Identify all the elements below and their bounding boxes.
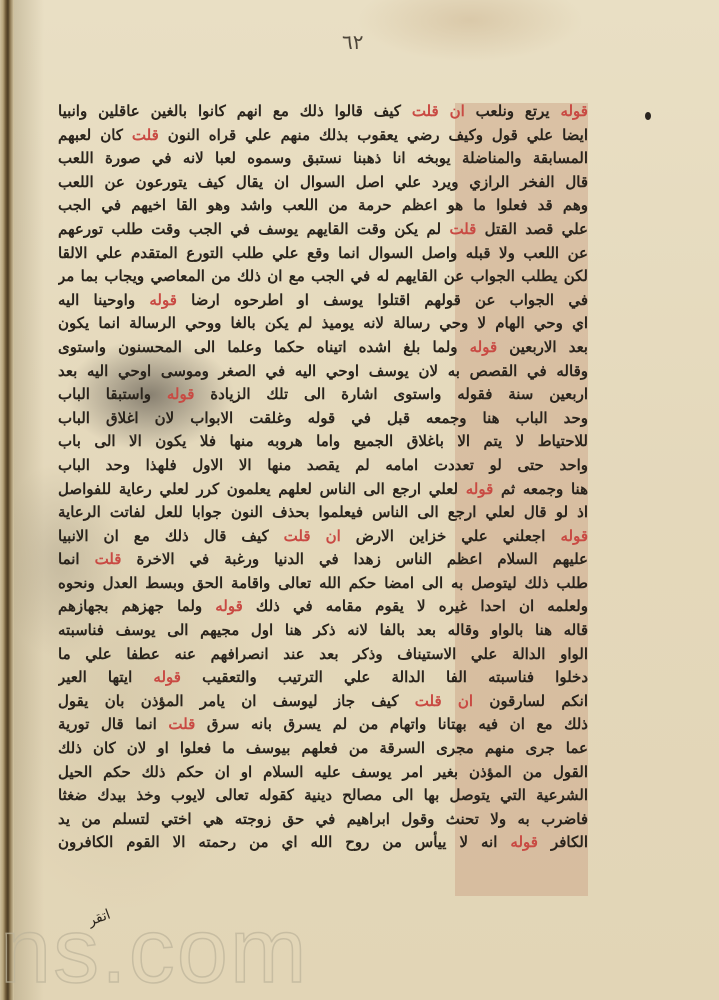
text-segment: كيف قالوا ذلك مع انهم كانوا بالغين عاقلي… xyxy=(58,102,412,120)
text-segment: لعلي ارجع الى الناس لعلهم يعلمون كرر لعل… xyxy=(58,480,466,498)
text-segment: اذ لو قال لعلي ارجع الى الناس فيعلموا بح… xyxy=(58,503,588,521)
text-segment: وحد الباب هنا وجمعه قبل في قوله وغلقت ال… xyxy=(58,409,588,427)
text-line: قوله يرتع ونلعب ان قلت كيف قالوا ذلك مع … xyxy=(58,100,588,124)
text-segment: عليهم السلام اعظم الناس زهدا في الدنيا و… xyxy=(121,550,588,568)
rubric-keyword: قوله xyxy=(510,833,538,851)
text-line: واحد حتى لو تعددت امامه لم يقصد منها الا… xyxy=(58,454,588,478)
rubric-keyword: قوله xyxy=(560,102,588,120)
text-line: الشرعية التي يتوصل بها الى مصالح دينية ك… xyxy=(58,784,588,808)
rubric-keyword: قوله xyxy=(149,291,177,309)
text-segment: عن اللعب ولا قبله واصل السوال انما وقع ع… xyxy=(58,244,588,262)
edge-stain xyxy=(14,0,44,1000)
text-segment: الواو الدالة علي الاستيناف وذكر بعد عند … xyxy=(58,645,588,663)
rubric-keyword: قلت xyxy=(449,220,476,238)
text-segment: ذلك مع ان فيه بهتانا واتهام من لم يسرق ب… xyxy=(195,715,588,733)
text-segment: انه لا ييأس من روح الله اي من رحمته الا … xyxy=(58,833,510,851)
text-line: الواو الدالة علي الاستيناف وذكر بعد عند … xyxy=(58,643,588,667)
text-line: اربعين سنة فقوله واستوى اشارة الى تلك ال… xyxy=(58,383,588,407)
rubric-keyword: قلت xyxy=(95,550,122,568)
text-line: الكافر قوله انه لا ييأس من روح الله اي م… xyxy=(58,831,588,855)
rubric-keyword: قوله xyxy=(215,597,243,615)
text-line: فاضرب به ولا تحنث وقول ابراهيم في حق زوج… xyxy=(58,808,588,832)
rubric-keyword: قوله xyxy=(153,668,181,686)
text-segment: لم يكن وقت القايهم يوسف في الجب وقت طلب … xyxy=(58,220,449,238)
text-line: هنا وجمعه ثم قوله لعلي ارجع الى الناس لع… xyxy=(58,478,588,502)
text-segment: كيف جاز ليوسف ان يامر المؤذن بان يقول xyxy=(58,692,415,710)
text-segment: كيف قال ذلك مع ان الانبيا xyxy=(58,527,284,545)
text-line: عما جرى منهم مجرى السرقة من فعلهم بيوسف … xyxy=(58,737,588,761)
text-line: اي وحي الهام لا وحي رسالة لانه يوميذ لم … xyxy=(58,312,588,336)
text-line: قاله هنا بالواو وقاله بعد بالفا لانه ذكر… xyxy=(58,619,588,643)
text-segment: يرتع ونلعب xyxy=(465,102,561,120)
text-segment: للاحتياط لا يتم الا باغلاق الجميع واما ه… xyxy=(58,432,588,450)
text-segment: قاله هنا بالواو وقاله بعد بالفا لانه ذكر… xyxy=(58,621,588,639)
text-segment: المسابقة والمناضلة يوبخه انا ذهبنا نستبق… xyxy=(58,149,588,167)
text-line: ولعلمه ان احدا غيره لا يقوم مقامه في ذلك… xyxy=(58,595,588,619)
text-line: وحد الباب هنا وجمعه قبل في قوله وغلقت ال… xyxy=(58,407,588,431)
rubric-keyword: ان قلت xyxy=(412,102,465,120)
text-segment: هنا وجمعه ثم xyxy=(493,480,588,498)
watermark: ns.com xyxy=(0,905,309,997)
text-line: قال الفخر الرازي ويرد علي اصل السوال ان … xyxy=(58,171,588,195)
text-segment: ولعلمه ان احدا غيره لا يقوم مقامه في ذلك xyxy=(243,597,588,615)
text-line: طلب ذلك ليتوصل به الى امضا حكم الله تعال… xyxy=(58,572,588,596)
text-segment: واوحينا اليه xyxy=(58,291,149,309)
text-segment: واحد حتى لو تعددت امامه لم يقصد منها الا… xyxy=(58,456,588,474)
text-segment: انما xyxy=(58,550,95,568)
rubric-keyword: قوله xyxy=(167,385,195,403)
text-line: القول من المؤذن بغير امر يوسف عليه السلا… xyxy=(58,761,588,785)
text-segment: فاضرب به ولا تحنث وقول ابراهيم في حق زوج… xyxy=(58,810,588,828)
text-segment: واستبقا الباب xyxy=(58,385,167,403)
text-line: ايضا علي قول وكيف رضي يعقوب بذلك منهم عل… xyxy=(58,124,588,148)
text-line: في الجواب عن قولهم اقتلوا يوسف او اطرحوه… xyxy=(58,289,588,313)
page-number: ٦٢ xyxy=(342,30,363,54)
text-line: للاحتياط لا يتم الا باغلاق الجميع واما ه… xyxy=(58,430,588,454)
text-segment: طلب ذلك ليتوصل به الى امضا حكم الله تعال… xyxy=(58,574,588,592)
text-segment: ولما بلغ اشده اتيناه حكما وعلما الى المح… xyxy=(58,338,470,356)
text-segment: وهم قد فعلوا ما هو اعظم حرمة من اللعب وا… xyxy=(58,196,588,214)
text-segment: القول من المؤذن بغير امر يوسف عليه السلا… xyxy=(58,763,588,781)
text-segment: كان لعبهم xyxy=(58,126,132,144)
text-line: علي قصد القتل قلت لم يكن وقت القايهم يوس… xyxy=(58,218,588,242)
text-segment: قال الفخر الرازي ويرد علي اصل السوال ان … xyxy=(58,173,588,191)
text-line: وهم قد فعلوا ما هو اعظم حرمة من اللعب وا… xyxy=(58,194,588,218)
text-line: اذ لو قال لعلي ارجع الى الناس فيعلموا بح… xyxy=(58,501,588,525)
text-segment: عما جرى منهم مجرى السرقة من فعلهم بيوسف … xyxy=(58,739,588,757)
text-segment: الكافر xyxy=(538,833,588,851)
text-segment: وقاله في القصص به لان يوسف اوحي اليه في … xyxy=(58,362,588,380)
rubric-keyword: قوله xyxy=(560,527,588,545)
text-line: بعد الاربعين قوله ولما بلغ اشده اتيناه ح… xyxy=(58,336,588,360)
text-segment: اربعين سنة فقوله واستوى اشارة الى تلك ال… xyxy=(194,385,588,403)
text-segment: بعد الاربعين xyxy=(497,338,588,356)
rubric-keyword: ان قلت xyxy=(415,692,473,710)
text-line: عن اللعب ولا قبله واصل السوال انما وقع ع… xyxy=(58,242,588,266)
binding-edge xyxy=(0,0,14,1000)
manuscript-page: ٦٢ قوله يرتع ونلعب ان قلت كيف قالوا ذلك … xyxy=(0,0,719,1000)
text-segment: لكن يطلب الجواب عن القايهم له في الجب مع… xyxy=(58,267,588,285)
rubric-keyword: ان قلت xyxy=(284,527,341,545)
rubric-keyword: قوله xyxy=(470,338,498,356)
rubric-keyword: قلت xyxy=(168,715,195,733)
text-line: عليهم السلام اعظم الناس زهدا في الدنيا و… xyxy=(58,548,588,572)
ink-dot xyxy=(645,112,651,120)
rubric-keyword: قوله xyxy=(466,480,494,498)
text-segment: انكم لسارقون xyxy=(473,692,588,710)
text-segment: ايتها العير xyxy=(58,668,153,686)
text-line: دخلوا فناسبته الفا الدالة علي الترتيب وا… xyxy=(58,666,588,690)
text-segment: انما قال تورية xyxy=(58,715,168,733)
text-segment: ايضا علي قول وكيف رضي يعقوب بذلك منهم عل… xyxy=(159,126,588,144)
text-line: ذلك مع ان فيه بهتانا واتهام من لم يسرق ب… xyxy=(58,713,588,737)
text-segment: اي وحي الهام لا وحي رسالة لانه يوميذ لم … xyxy=(58,314,588,332)
rubric-keyword: قلت xyxy=(132,126,159,144)
text-line: وقاله في القصص به لان يوسف اوحي اليه في … xyxy=(58,360,588,384)
text-segment: الشرعية التي يتوصل بها الى مصالح دينية ك… xyxy=(58,786,588,804)
text-segment: دخلوا فناسبته الفا الدالة علي الترتيب وا… xyxy=(181,668,588,686)
text-line: المسابقة والمناضلة يوبخه انا ذهبنا نستبق… xyxy=(58,147,588,171)
text-segment: اجعلني علي خزاين الارض xyxy=(341,527,561,545)
text-line: قوله اجعلني علي خزاين الارض ان قلت كيف ق… xyxy=(58,525,588,549)
text-line: انكم لسارقون ان قلت كيف جاز ليوسف ان يام… xyxy=(58,690,588,714)
text-segment: في الجواب عن قولهم اقتلوا يوسف او اطرحوه… xyxy=(177,291,588,309)
text-segment: علي قصد القتل xyxy=(476,220,588,238)
manuscript-text-block: قوله يرتع ونلعب ان قلت كيف قالوا ذلك مع … xyxy=(58,100,588,855)
text-segment: ولما جهزهم بجهازهم xyxy=(58,597,215,615)
text-line: لكن يطلب الجواب عن القايهم له في الجب مع… xyxy=(58,265,588,289)
